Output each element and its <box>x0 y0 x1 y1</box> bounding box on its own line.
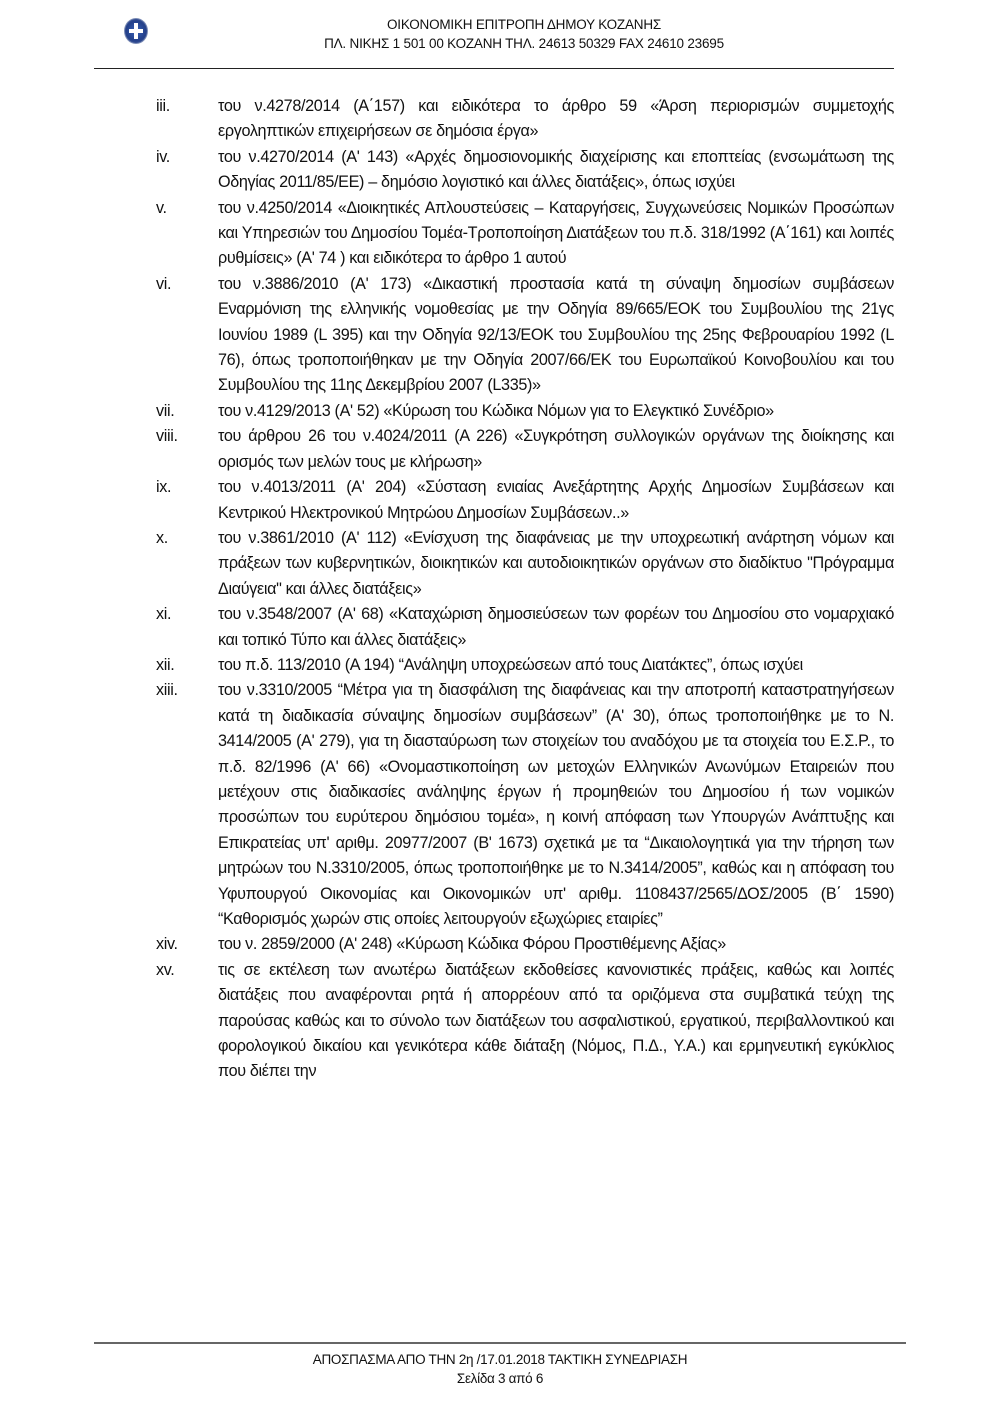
list-item-text: του π.δ. 113/2010 (Α 194) “Ανάληψη υποχρ… <box>218 653 894 678</box>
list-item: x.του ν.3861/2010 (Α' 112) «Ενίσχυση της… <box>156 526 894 602</box>
list-item: vi.του ν.3886/2010 (Α' 173) «Δικαστική π… <box>156 272 894 399</box>
list-item: xii.του π.δ. 113/2010 (Α 194) “Ανάληψη υ… <box>156 653 894 678</box>
list-item-text: του άρθρου 26 του ν.4024/2011 (Α 226) «Σ… <box>218 424 894 475</box>
list-item: iii.του ν.4278/2014 (Α΄157) και ειδικότε… <box>156 94 894 145</box>
list-item-text: του ν.4013/2011 (Α' 204) «Σύσταση ενιαία… <box>218 475 894 526</box>
list-item-number: vi. <box>156 272 218 399</box>
list-item: vii.του ν.4129/2013 (Α' 52) «Κύρωση του … <box>156 399 894 424</box>
list-item: v.του ν.4250/2014 «Διοικητικές Απλουστεύ… <box>156 196 894 272</box>
header-divider <box>94 68 894 69</box>
legislation-list: iii.του ν.4278/2014 (Α΄157) και ειδικότε… <box>156 94 894 1085</box>
list-item-text: τις σε εκτέλεση των ανωτέρω διατάξεων εκ… <box>218 958 894 1085</box>
list-item-number: xi. <box>156 602 218 653</box>
list-item: xi.του ν.3548/2007 (Α' 68) «Καταχώριση δ… <box>156 602 894 653</box>
list-item-text: του ν.3861/2010 (Α' 112) «Ενίσχυση της δ… <box>218 526 894 602</box>
list-item-number: iv. <box>156 145 218 196</box>
list-item: ix.του ν.4013/2011 (Α' 204) «Σύσταση ενι… <box>156 475 894 526</box>
list-item-text: του ν.4270/2014 (Α' 143) «Αρχές δημοσιον… <box>218 145 894 196</box>
list-item-number: xii. <box>156 653 218 678</box>
footer-title: ΑΠΟΣΠΑΣΜΑ ΑΠΟ ΤΗΝ 2η /17.01.2018 ΤΑΚΤΙΚΗ… <box>94 1350 906 1369</box>
header-contact: ΠΛ. ΝΙΚΗΣ 1 501 00 ΚΟΖΑΝΗ ΤΗΛ. 24613 503… <box>124 36 924 51</box>
list-item-number: v. <box>156 196 218 272</box>
list-item: iv.του ν.4270/2014 (Α' 143) «Αρχές δημοσ… <box>156 145 894 196</box>
list-item-number: ix. <box>156 475 218 526</box>
header-title: ΟΙΚΟΝΟΜΙΚΗ ΕΠΙΤΡΟΠΗ ΔΗΜΟΥ ΚΟΖΑΝΗΣ <box>124 17 924 32</box>
list-item: xiii.του ν.3310/2005 “Μέτρα για τη διασφ… <box>156 678 894 932</box>
list-item-text: του ν. 2859/2000 (Α' 248) «Κύρωση Κώδικα… <box>218 932 894 957</box>
list-item: xv.τις σε εκτέλεση των ανωτέρω διατάξεων… <box>156 958 894 1085</box>
list-item-number: x. <box>156 526 218 602</box>
list-item-number: vii. <box>156 399 218 424</box>
list-item-text: του ν.3886/2010 (Α' 173) «Δικαστική προσ… <box>218 272 894 399</box>
list-item-number: xiv. <box>156 932 218 957</box>
list-item: xiv.του ν. 2859/2000 (Α' 248) «Κύρωση Κώ… <box>156 932 894 957</box>
list-item: viii.του άρθρου 26 του ν.4024/2011 (Α 22… <box>156 424 894 475</box>
list-item-text: του ν.3310/2005 “Μέτρα για τη διασφάλιση… <box>218 678 894 932</box>
footer-divider <box>94 1342 906 1344</box>
list-item-number: iii. <box>156 94 218 145</box>
list-item-text: του ν.4250/2014 «Διοικητικές Απλουστεύσε… <box>218 196 894 272</box>
page-number: Σελίδα 3 από 6 <box>94 1369 906 1388</box>
page-footer: ΑΠΟΣΠΑΣΜΑ ΑΠΟ ΤΗΝ 2η /17.01.2018 ΤΑΚΤΙΚΗ… <box>94 1350 906 1388</box>
list-item-number: xv. <box>156 958 218 1085</box>
list-item-text: του ν.4129/2013 (Α' 52) «Κύρωση του Κώδι… <box>218 399 894 424</box>
list-item-text: του ν.4278/2014 (Α΄157) και ειδικότερα τ… <box>218 94 894 145</box>
page-header: ΟΙΚΟΝΟΜΙΚΗ ΕΠΙΤΡΟΠΗ ΔΗΜΟΥ ΚΟΖΑΝΗΣ ΠΛ. ΝΙ… <box>94 14 894 70</box>
list-item-text: του ν.3548/2007 (Α' 68) «Καταχώριση δημο… <box>218 602 894 653</box>
list-item-number: xiii. <box>156 678 218 932</box>
list-item-number: viii. <box>156 424 218 475</box>
